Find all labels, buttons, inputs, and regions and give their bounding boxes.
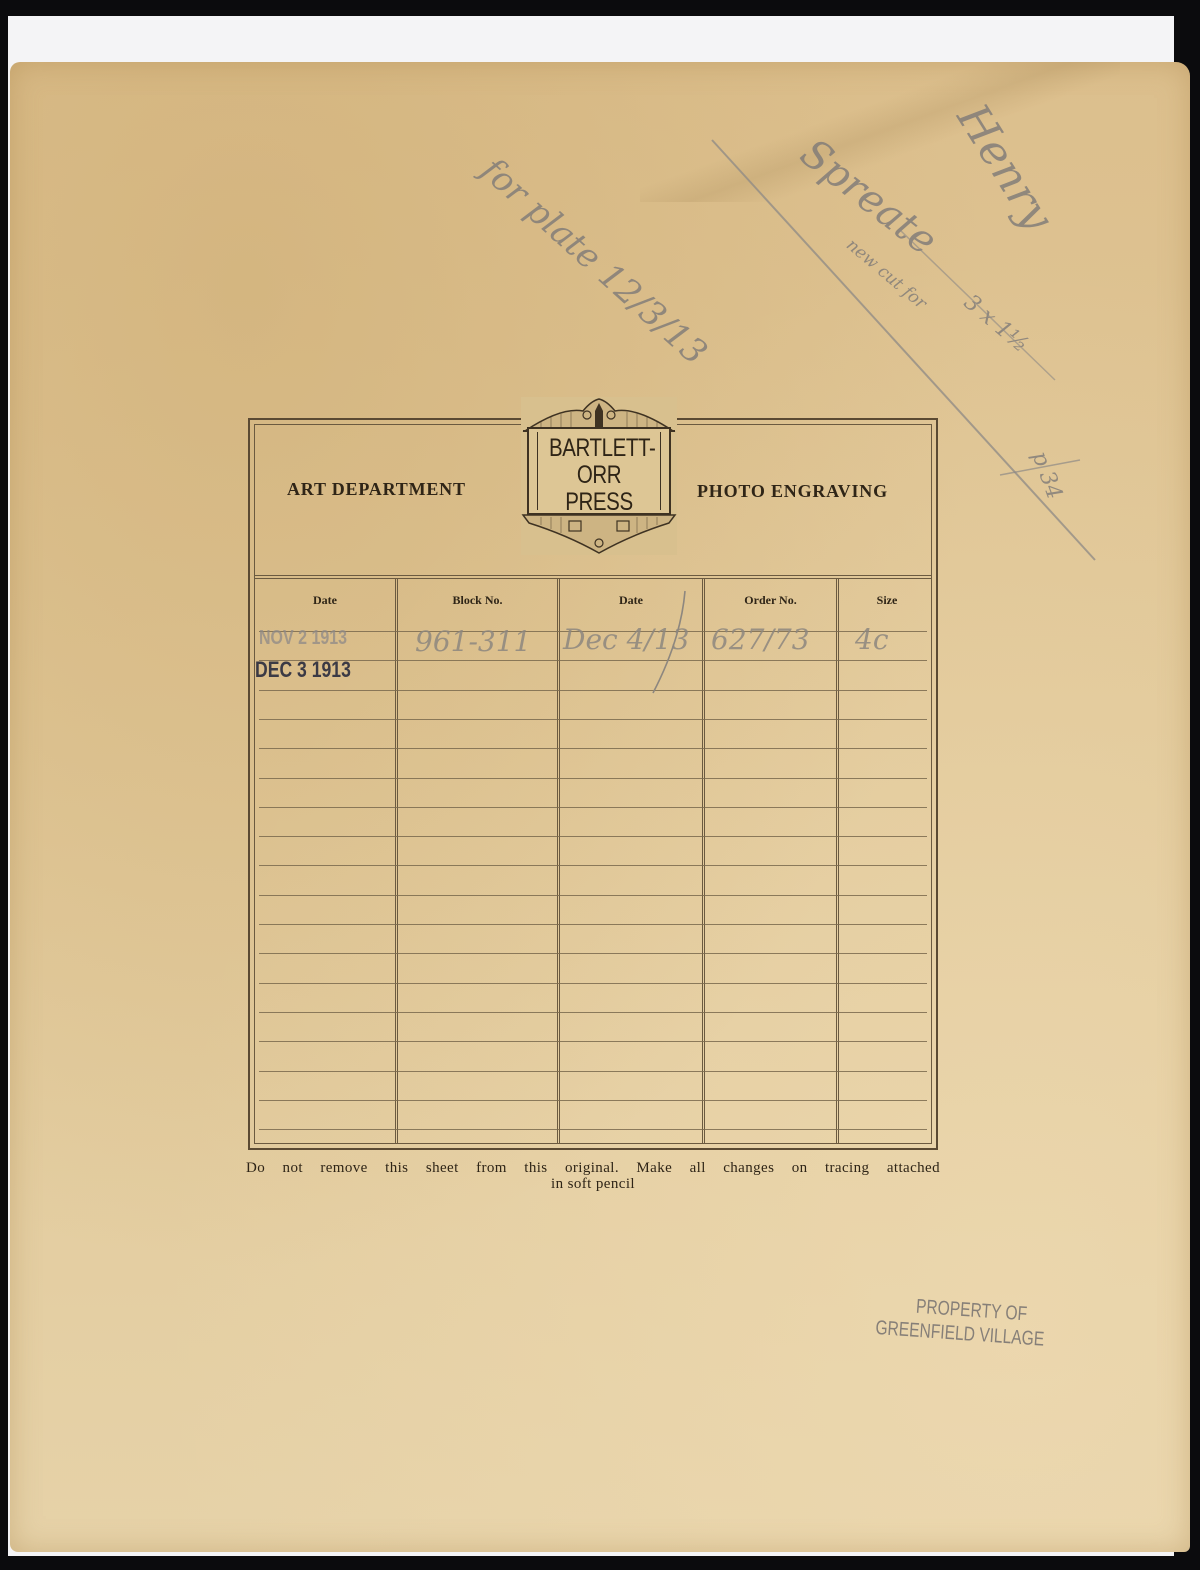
date-stamp: DEC 3 1913 [255,657,351,683]
table-row [259,1041,927,1042]
column-divider [395,579,398,1143]
column-header-date: Date [255,593,395,608]
cell-order-no: 627/73 [711,623,810,656]
table-row [259,690,927,691]
table-row [259,1100,927,1101]
cell-block-no: 961-311 [415,625,531,658]
engraving-order-form: ART DEPARTMENT BARTLETT- [248,418,938,1150]
logo-line-orr-press: ORR PRESS [549,462,649,516]
instructions-line-1: Do not remove this sheet from this origi… [246,1160,940,1176]
table-row [259,953,927,954]
table-row [259,1129,927,1130]
column-header-block-no: Block No. [398,593,557,608]
cell-size: 4c [855,623,889,656]
pencil-slash-mark [635,589,715,699]
date-stamp-faint: NOV 2 1913 [259,627,347,650]
column-divider [557,579,560,1143]
order-table: Date Block No. Date Order No. Size NOV 2… [255,579,931,1143]
table-row [259,865,927,866]
logo-line-bartlett: BARTLETT- [549,435,649,462]
table-row [259,748,927,749]
logo-frame: BARTLETT- ORR PRESS NEW YORK [527,427,671,515]
table-row [259,1012,927,1013]
art-department-label: ART DEPARTMENT [287,479,466,500]
form-inner-border: ART DEPARTMENT BARTLETT- [254,424,932,1144]
instructions-note: Do not remove this sheet from this origi… [246,1160,940,1192]
instructions-line-2: in soft pencil [246,1176,940,1192]
table-row [259,719,927,720]
form-header: ART DEPARTMENT BARTLETT- [255,425,931,576]
table-row [259,807,927,808]
logo-text-panel: BARTLETT- ORR PRESS NEW YORK [537,432,661,510]
bartlett-orr-press-logo: BARTLETT- ORR PRESS NEW YORK [521,397,677,555]
table-row [259,836,927,837]
table-row [259,778,927,779]
table-row [259,895,927,896]
photo-engraving-label: PHOTO ENGRAVING [697,481,888,502]
table-row [259,660,927,661]
column-header-size: Size [839,593,935,608]
table-row [259,983,927,984]
column-divider [836,579,839,1143]
column-header-order-no: Order No. [705,593,836,608]
table-row [259,924,927,925]
logo-base-ornament-icon [521,513,677,555]
table-row [259,1071,927,1072]
